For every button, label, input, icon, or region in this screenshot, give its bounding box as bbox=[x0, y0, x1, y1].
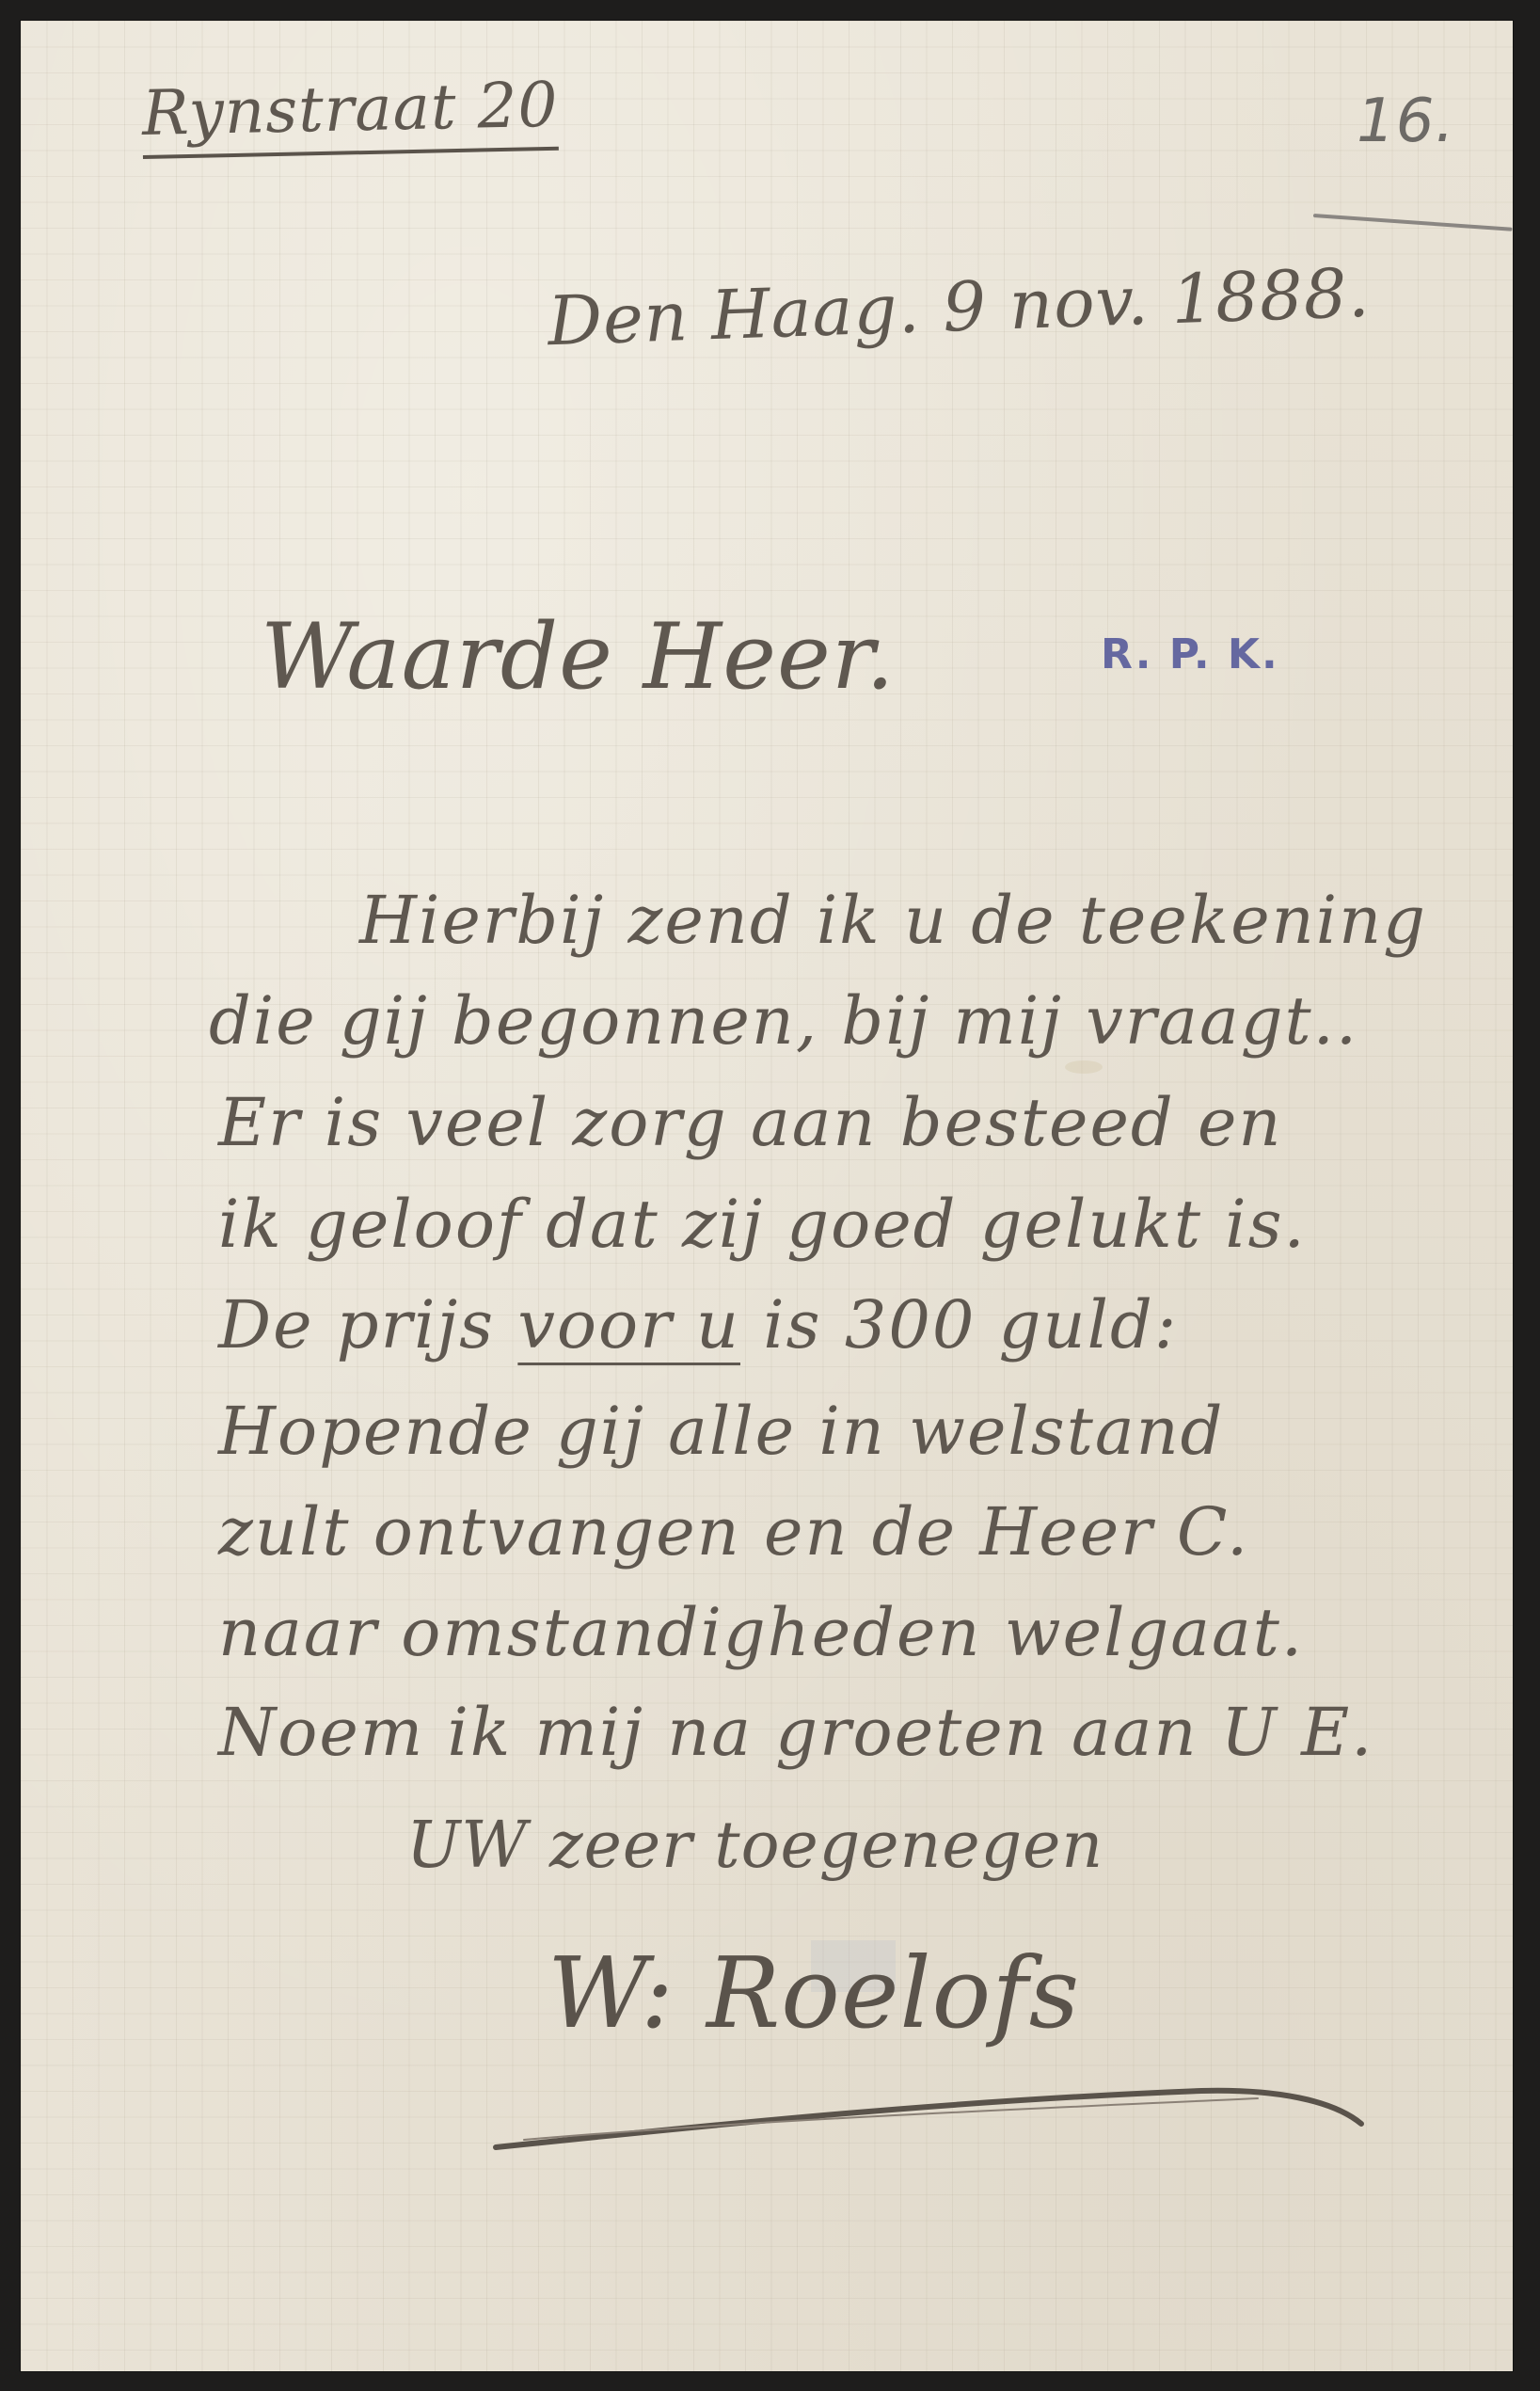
letter-page: Rynstraat 20 16. Den Haag. 9 nov. 1888. … bbox=[21, 21, 1513, 2371]
date-line: Den Haag. 9 nov. 1888. bbox=[547, 253, 1372, 360]
folio-number: 16. bbox=[1357, 87, 1455, 156]
body-line-8: naar omstandigheden welgaat. bbox=[218, 1594, 1304, 1671]
archive-stamp: R. P. K. bbox=[1101, 630, 1279, 678]
address-heading: Rynstraat 20 bbox=[141, 69, 559, 159]
price-text-start: De prijs bbox=[218, 1286, 495, 1363]
body-line-1: Hierbij zend ik u de teekening bbox=[359, 882, 1427, 959]
body-line-5: De prijs voor u is 300 guld: bbox=[218, 1286, 1178, 1363]
signature: W: Roelofs bbox=[548, 1936, 1080, 2050]
signature-flourish-icon bbox=[486, 2072, 1427, 2157]
body-line-3: Er is veel zorg aan besteed en bbox=[218, 1084, 1282, 1161]
paper-smudge bbox=[1065, 1060, 1103, 1074]
folio-underline bbox=[1313, 214, 1513, 231]
body-line-9: Noem ik mij na groeten aan U E. bbox=[218, 1694, 1373, 1771]
underlined-for-you: voor u bbox=[517, 1286, 740, 1363]
body-line-4: ik geloof dat zij goed gelukt is. bbox=[218, 1186, 1307, 1263]
salutation: Waarde Heer. bbox=[261, 604, 896, 709]
body-line-6: Hopende gij alle in welstand bbox=[218, 1393, 1224, 1470]
price-amount: is 300 guld: bbox=[763, 1286, 1178, 1363]
closing-phrase: UW zeer toegenegen bbox=[406, 1809, 1103, 1883]
body-line-7: zult ontvangen en de Heer C. bbox=[218, 1493, 1249, 1570]
body-line-2: die gij begonnen, bij mij vraagt.. bbox=[209, 982, 1358, 1060]
